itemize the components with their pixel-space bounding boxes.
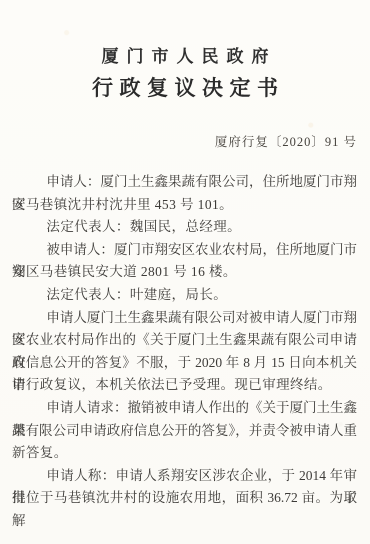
body-line-11: 申请人请求：撤销被申请人作出的《关于厦门土生鑫果 xyxy=(12,397,357,420)
body-text: 申请人：厦门土生鑫果蔬有限公司，住所地厦门市翔安 区马巷镇沈井村沈井里 453 … xyxy=(12,171,357,510)
document-page: 厦门市人民政府 行政复议决定书 厦府行复〔2020〕91 号 申请人：厦门土生鑫… xyxy=(0,0,370,544)
body-line-4: 被申请人：厦门市翔安区农业农村局，住所地厦门市翔 xyxy=(12,239,357,262)
body-line-1: 申请人：厦门土生鑫果蔬有限公司，住所地厦门市翔安 xyxy=(12,171,357,194)
body-line-9: 府信息公开的答复》不服，于 2020 年 8 月 15 日向本机关申 xyxy=(12,352,357,375)
org-title: 厦门市人民政府 xyxy=(0,42,370,67)
body-line-15: 得位于马巷镇沈井村的设施农用地，面积 36.72 亩。为了解 xyxy=(12,487,357,510)
body-line-6: 法定代表人：叶建庭，局长。 xyxy=(12,284,357,307)
body-line-2: 区马巷镇沈井村沈井里 453 号 101。 xyxy=(12,194,357,217)
body-line-10: 请行政复议，本机关依法已予受理。现已审理终结。 xyxy=(12,374,357,397)
doc-title: 行政复议决定书 xyxy=(0,72,370,102)
body-line-7: 申请人厦门土生鑫果蔬有限公司对被申请人厦门市翔安 xyxy=(12,307,357,330)
body-line-13: 新答复。 xyxy=(12,442,357,465)
body-line-14: 申请人称：申请人系翔安区涉农企业，于 2014 年审批取 xyxy=(12,465,357,488)
body-line-8: 区农业农村局作出的《关于厦门土生鑫果蔬有限公司申请政 xyxy=(12,329,357,352)
doc-number: 厦府行复〔2020〕91 号 xyxy=(215,132,357,150)
body-line-12: 蔬有限公司申请政府信息公开的答复》，并责令被申请人重 xyxy=(12,420,357,443)
body-line-5: 安区马巷镇民安大道 2801 号 16 楼。 xyxy=(12,261,357,284)
body-line-3: 法定代表人：魏国民，总经理。 xyxy=(12,216,357,239)
